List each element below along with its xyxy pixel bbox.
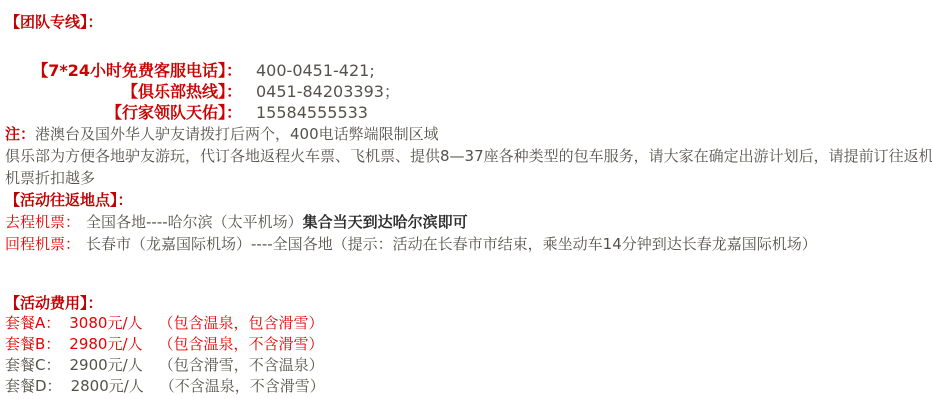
contact-label: 【7*24小时免费客服电话】： <box>5 60 242 81</box>
team-line-heading: 【团队专线】： <box>5 12 932 32</box>
package-row: 套餐A：3080元/人（包含温泉，包含滑雪） <box>5 313 932 334</box>
contact-phone: 0451-84203393； <box>256 81 400 102</box>
package-desc: （包含滑雪，不含温泉） <box>159 356 324 374</box>
outbound-route: 全国各地----哈尔滨（太平机场） <box>86 213 303 231</box>
contact-label: 【行家领队天佑】： <box>5 102 242 123</box>
contact-row: 【7*24小时免费客服电话】： 400-0451-421; <box>5 60 932 81</box>
contact-phone: 15584555533 <box>256 102 368 123</box>
package-price: 3080元/人 <box>69 314 142 332</box>
locations-heading: 【活动往返地点】： <box>5 189 932 211</box>
return-label: 回程机票： <box>5 235 80 253</box>
contact-list: 【7*24小时免费客服电话】： 400-0451-421; 【俱乐部热线】： 0… <box>5 60 932 123</box>
package-label: 套餐B： <box>5 335 60 353</box>
page-root: 【团队专线】： 【7*24小时免费客服电话】： 400-0451-421; 【俱… <box>0 0 932 397</box>
note-line: 注：港澳台及国外华人驴友请拨打后两个，400电话弊端限制区域 <box>5 123 932 145</box>
package-price: 2900元/人 <box>69 356 142 374</box>
package-row: 套餐D：2800元/人（不含温泉，不含滑雪） <box>5 376 932 397</box>
return-route: 长春市（龙嘉国际机场）----全国各地（提示：活动在长春市市结束，乘坐动车14分… <box>86 235 817 253</box>
paragraph-line: 俱乐部为方便各地驴友游玩，代订各地返程火车票、飞机票、提供8—37座各种类型的包… <box>5 145 932 167</box>
package-desc: （不含温泉，不含滑雪） <box>160 377 325 395</box>
package-desc: （包含温泉，不含滑雪） <box>159 335 324 353</box>
outbound-bold-note: 集合当天到达哈尔滨即可 <box>303 213 468 231</box>
outbound-ticket-line: 去程机票：全国各地----哈尔滨（太平机场）集合当天到达哈尔滨即可 <box>5 211 932 233</box>
package-label: 套餐A： <box>5 314 60 332</box>
package-desc: （包含温泉，包含滑雪） <box>159 314 324 332</box>
note-label: 注： <box>5 125 35 143</box>
package-row: 套餐C：2900元/人（包含滑雪，不含温泉） <box>5 355 932 376</box>
contact-label: 【俱乐部热线】： <box>5 81 242 102</box>
return-ticket-line: 回程机票：长春市（龙嘉国际机场）----全国各地（提示：活动在长春市市结束，乘坐… <box>5 233 932 255</box>
contact-row: 【行家领队天佑】： 15584555533 <box>5 102 932 123</box>
package-price: 2980元/人 <box>69 335 142 353</box>
package-row: 套餐B：2980元/人（包含温泉，不含滑雪） <box>5 334 932 355</box>
paragraph-line: 机票折扣越多 <box>5 167 932 189</box>
package-label: 套餐C： <box>5 356 60 374</box>
package-label: 套餐D： <box>5 377 62 395</box>
contact-phone: 400-0451-421; <box>256 60 375 81</box>
contact-row: 【俱乐部热线】： 0451-84203393； <box>5 81 932 102</box>
fees-heading: 【活动费用】： <box>5 293 932 313</box>
package-price: 2800元/人 <box>71 377 144 395</box>
note-text: 港澳台及国外华人驴友请拨打后两个，400电话弊端限制区域 <box>35 125 439 143</box>
outbound-label: 去程机票： <box>5 213 80 231</box>
